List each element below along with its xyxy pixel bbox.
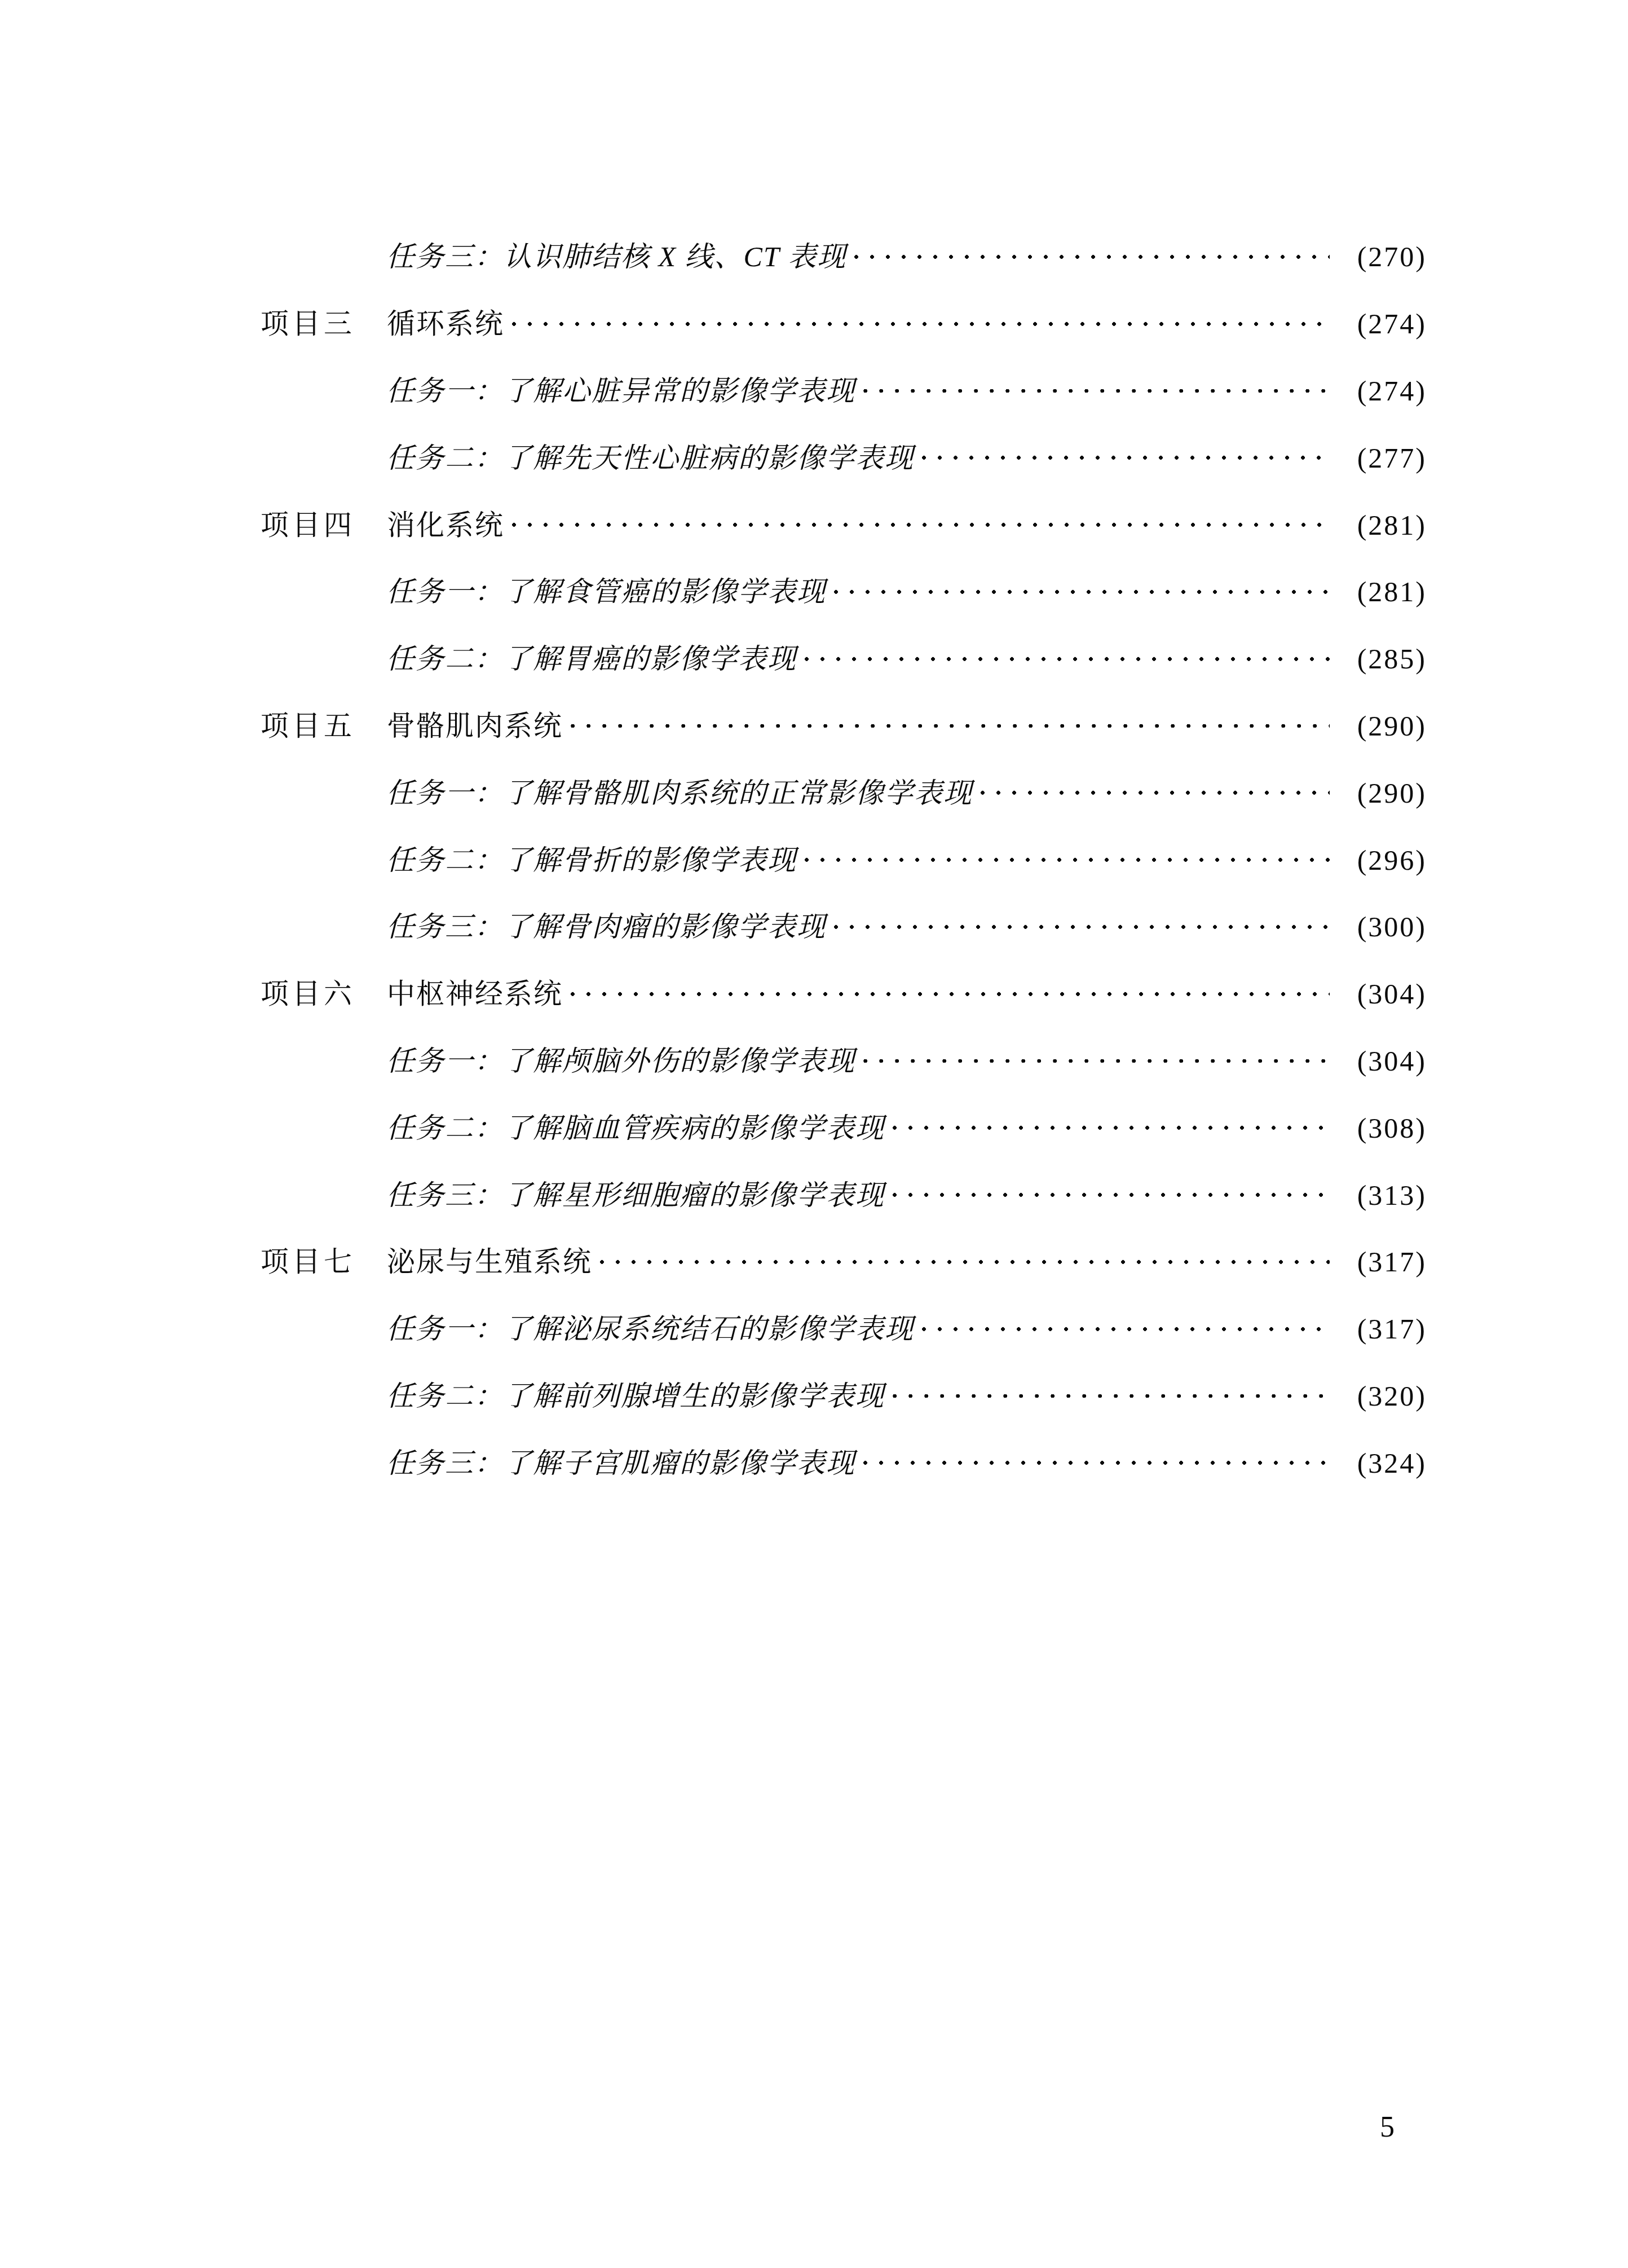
entry-title: 任务三：了解星形细胞瘤的影像学表现 (386, 1181, 885, 1209)
entry-title: 任务三：了解骨肉瘤的影像学表现 (386, 913, 826, 941)
entry-title: 任务一：了解颅脑外伤的影像学表现 (386, 1047, 855, 1075)
page-ref: (300) (1344, 913, 1427, 941)
dot-leader (512, 491, 1330, 558)
entry-title: 中枢神经系统 (387, 980, 563, 1008)
project-label: 项目四 (261, 511, 355, 539)
page-ref: (281) (1344, 511, 1427, 539)
toc-entry: 任务一：了解泌尿系统结石的影像学表现(317) (261, 1296, 1427, 1363)
toc-entry: 项目三循环系统(274) (261, 290, 1427, 358)
dot-leader (512, 290, 1330, 358)
page-ref: (274) (1344, 310, 1427, 338)
dot-leader (981, 759, 1330, 826)
toc-entry: 任务三：了解星形细胞瘤的影像学表现(313) (261, 1161, 1427, 1228)
dot-leader (834, 558, 1330, 626)
toc-list: 任务三：认识肺结核 X 线、CT 表现(270)项目三循环系统(274)任务一：… (261, 223, 1427, 1496)
dot-leader (600, 1228, 1330, 1296)
page-ref: (281) (1344, 578, 1427, 606)
dot-leader (893, 1094, 1330, 1161)
entry-title: 循环系统 (387, 310, 504, 338)
entry-title: 任务二：了解骨折的影像学表现 (386, 846, 797, 874)
dot-leader (854, 223, 1330, 290)
entry-title: 任务二：了解脑血管疾病的影像学表现 (386, 1114, 885, 1142)
entry-title: 泌尿与生殖系统 (387, 1248, 592, 1276)
entry-title: 骨骼肌肉系统 (387, 712, 563, 740)
dot-leader (893, 1161, 1330, 1228)
dot-leader (571, 693, 1330, 760)
entry-title: 任务一：了解泌尿系统结石的影像学表现 (386, 1315, 914, 1343)
entry-title: 任务一：了解骨骼肌肉系统的正常影像学表现 (386, 779, 973, 807)
page-ref: (313) (1344, 1181, 1427, 1209)
entry-title: 任务二：了解先天性心脏病的影像学表现 (386, 444, 914, 472)
toc-entry: 任务一：了解颅脑外伤的影像学表现(304) (261, 1028, 1427, 1095)
dot-leader (863, 1028, 1330, 1095)
entry-title: 任务一：了解心脏异常的影像学表现 (386, 377, 855, 405)
dot-leader (863, 1429, 1330, 1496)
toc-entry: 任务二：了解胃癌的影像学表现(285) (261, 626, 1427, 693)
page-ref: (320) (1344, 1382, 1427, 1410)
toc-entry: 任务二：了解先天性心脏病的影像学表现(277) (261, 424, 1427, 491)
page-ref: (274) (1344, 377, 1427, 405)
toc-entry: 项目四消化系统(281) (261, 491, 1427, 558)
page-ref: (270) (1344, 243, 1427, 271)
page-ref: (290) (1344, 779, 1427, 807)
toc-entry: 任务三：认识肺结核 X 线、CT 表现(270) (261, 223, 1427, 290)
page-number: 5 (1345, 2111, 1430, 2144)
entry-title: 任务二：了解前列腺增生的影像学表现 (386, 1382, 885, 1410)
entry-title: 任务三：了解子宫肌瘤的影像学表现 (386, 1449, 855, 1477)
dot-leader (834, 893, 1330, 961)
dot-leader (893, 1363, 1330, 1430)
toc-entry: 任务二：了解骨折的影像学表现(296) (261, 826, 1427, 893)
page-ref: (324) (1344, 1449, 1427, 1477)
page-ref: (296) (1344, 846, 1427, 874)
toc-entry: 项目六中枢神经系统(304) (261, 961, 1427, 1028)
dot-leader (922, 424, 1330, 491)
toc-entry: 任务三：了解骨肉瘤的影像学表现(300) (261, 893, 1427, 961)
toc-entry: 任务二：了解前列腺增生的影像学表现(320) (261, 1363, 1427, 1430)
entry-title: 消化系统 (387, 511, 504, 539)
toc-page: 任务三：认识肺结核 X 线、CT 表现(270)项目三循环系统(274)任务一：… (0, 0, 1628, 2268)
page-ref: (317) (1344, 1315, 1427, 1343)
toc-entry: 任务一：了解食管癌的影像学表现(281) (261, 558, 1427, 626)
toc-entry: 任务二：了解脑血管疾病的影像学表现(308) (261, 1094, 1427, 1161)
page-ref: (317) (1344, 1248, 1427, 1276)
dot-leader (571, 961, 1330, 1028)
dot-leader (922, 1296, 1330, 1363)
toc-entry: 项目五骨骼肌肉系统(290) (261, 693, 1427, 760)
dot-leader (863, 358, 1330, 425)
page-ref: (290) (1344, 712, 1427, 740)
toc-entry: 项目七泌尿与生殖系统(317) (261, 1228, 1427, 1296)
page-ref: (277) (1344, 444, 1427, 472)
entry-title: 任务三：认识肺结核 X 线、CT 表现 (386, 243, 846, 271)
project-label: 项目五 (261, 712, 355, 740)
project-label: 项目六 (261, 980, 355, 1008)
dot-leader (805, 626, 1330, 693)
project-label: 项目三 (261, 310, 355, 338)
project-label: 项目七 (261, 1248, 355, 1276)
toc-entry: 任务一：了解骨骼肌肉系统的正常影像学表现(290) (261, 759, 1427, 826)
page-ref: (304) (1344, 980, 1427, 1008)
page-ref: (304) (1344, 1047, 1427, 1075)
entry-title: 任务二：了解胃癌的影像学表现 (386, 645, 797, 673)
entry-title: 任务一：了解食管癌的影像学表现 (386, 578, 826, 606)
page-ref: (308) (1344, 1114, 1427, 1142)
toc-entry: 任务一：了解心脏异常的影像学表现(274) (261, 358, 1427, 425)
toc-entry: 任务三：了解子宫肌瘤的影像学表现(324) (261, 1429, 1427, 1496)
page-ref: (285) (1344, 645, 1427, 673)
dot-leader (805, 826, 1330, 893)
